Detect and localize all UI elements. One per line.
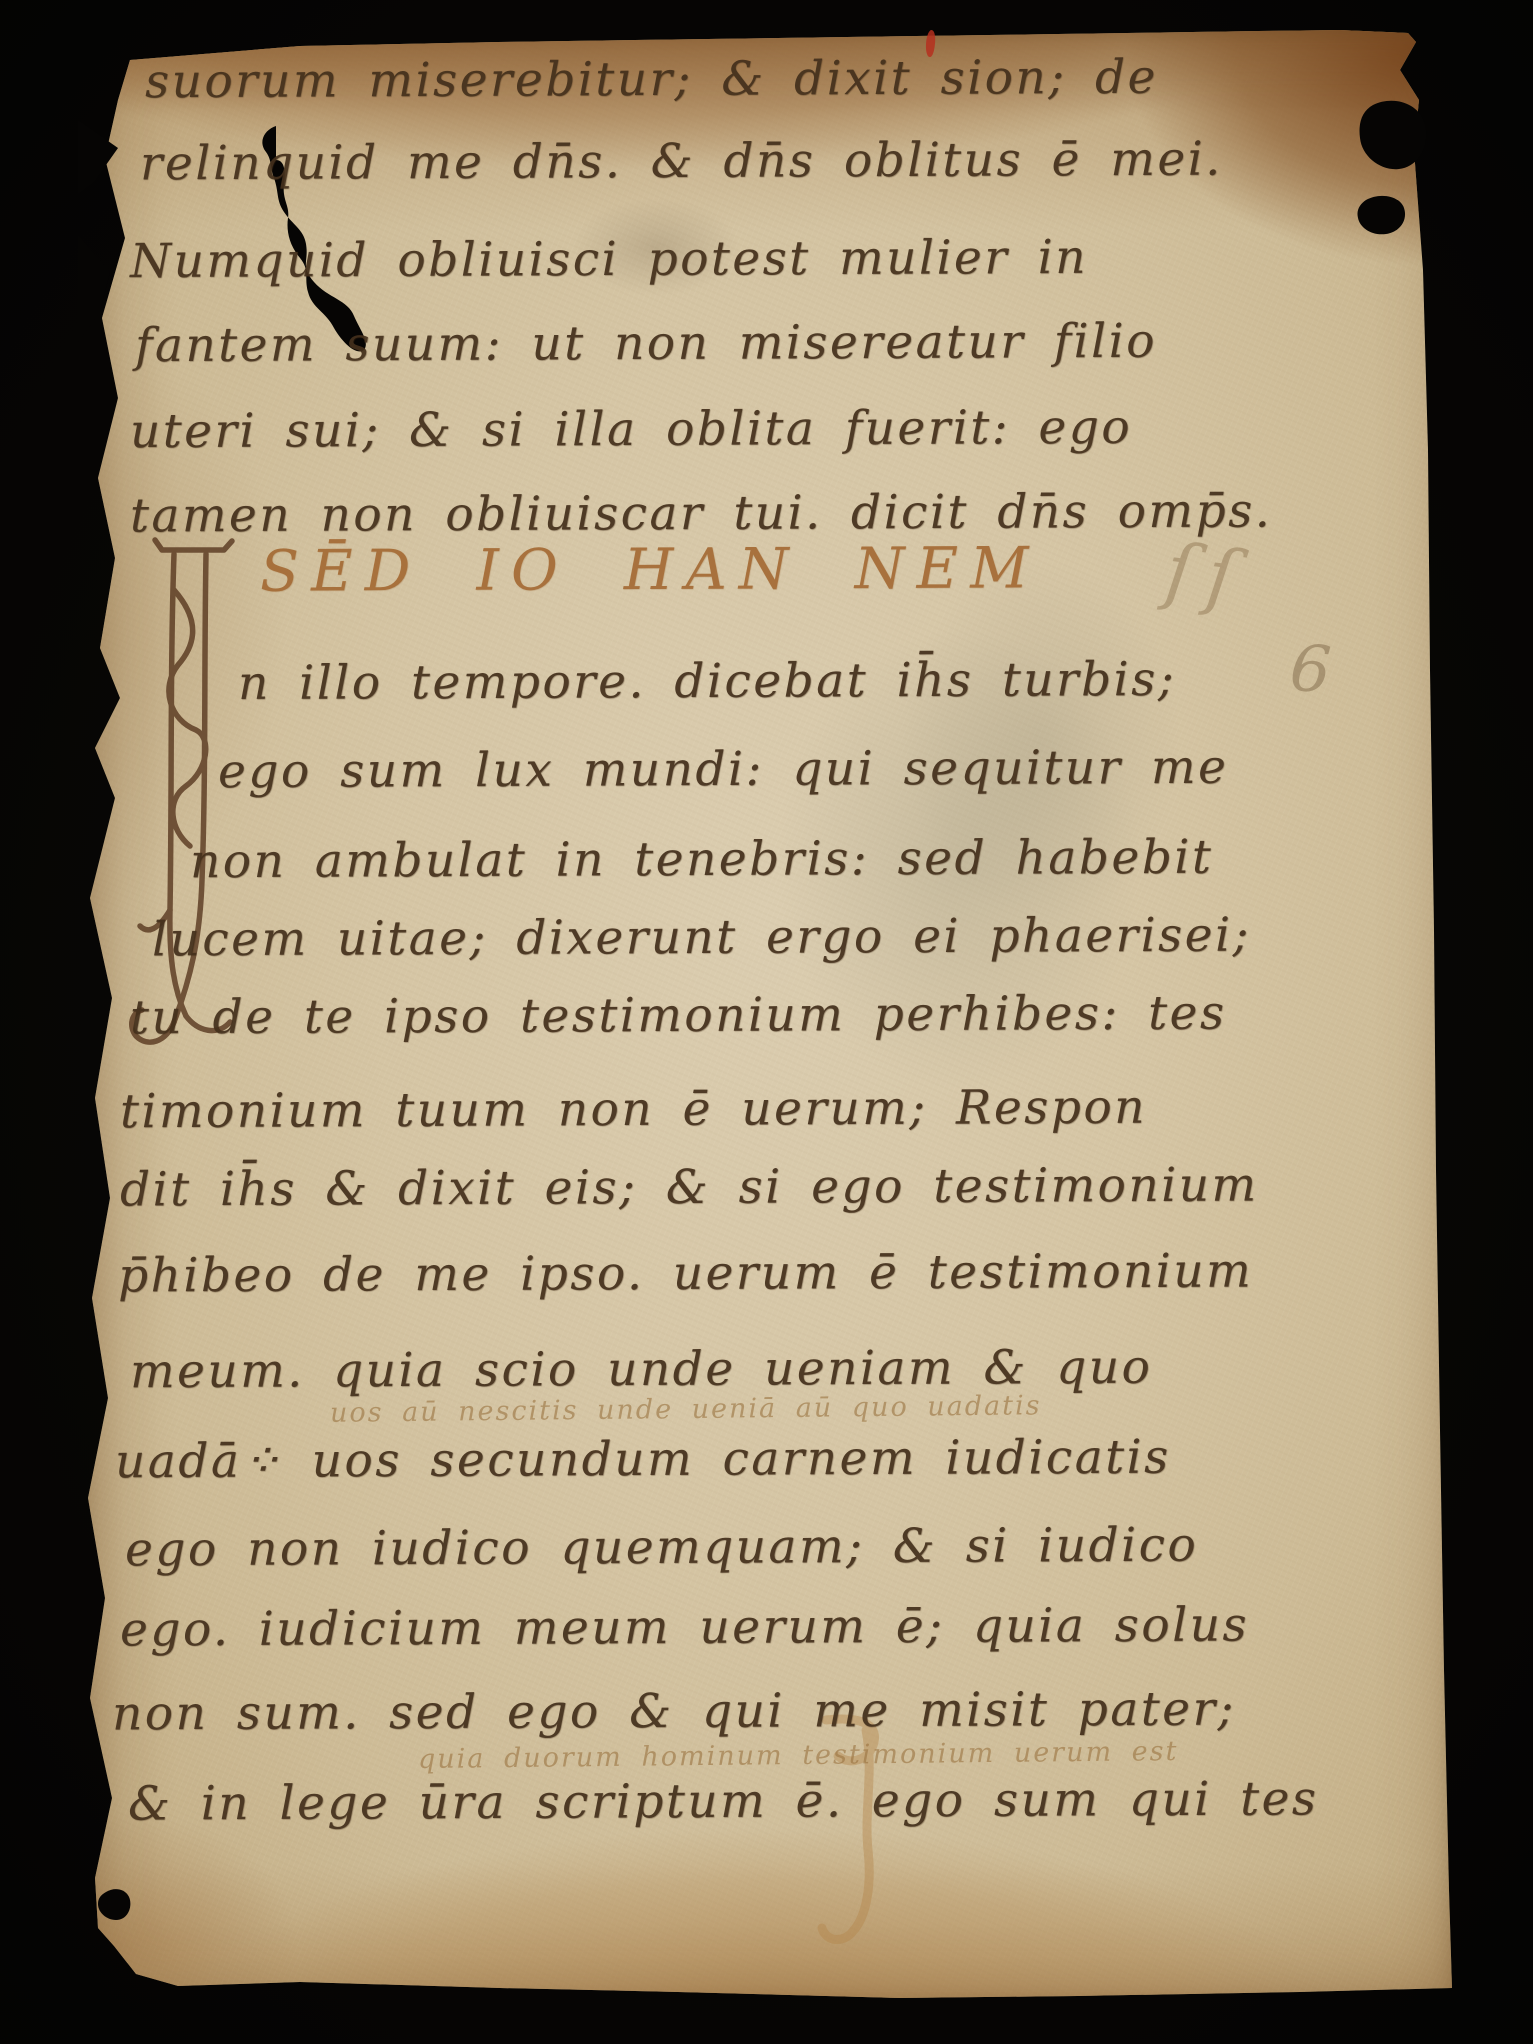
parchment-leaf [78, 30, 1454, 2005]
manuscript-photo: suorum miserebitur; & dixit sion; dereli… [0, 0, 1533, 2044]
